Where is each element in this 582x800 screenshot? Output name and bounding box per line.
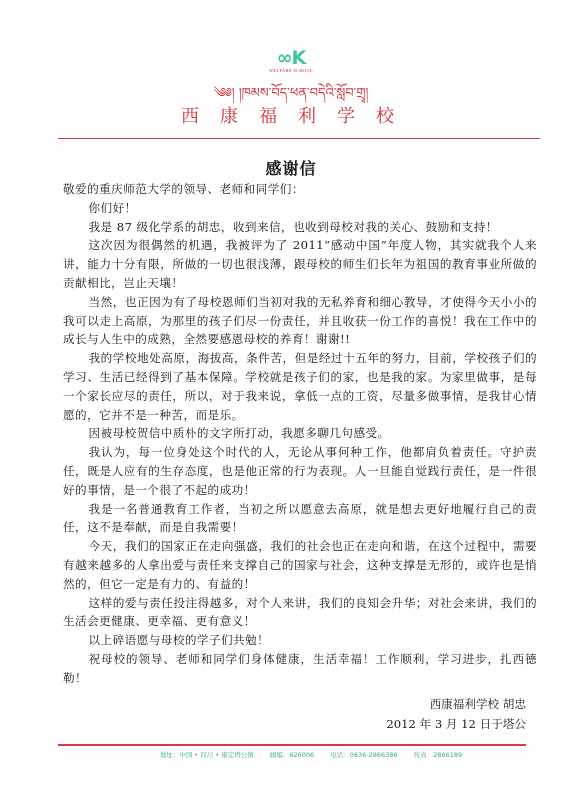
footer-postcode: 邮编：626006 bbox=[270, 751, 314, 759]
school-name-chinese: 西康福利学校 bbox=[0, 106, 582, 128]
paragraph: 我是一名普通教育工作者，当初之所以愿意去高原，就是想去更好地履行自己的责任，这不… bbox=[63, 500, 537, 538]
logo-mark-icon: ∞K bbox=[0, 49, 582, 67]
letter-body: 敬爱的重庆师范大学的领导、老师和同学们： 你们好！ 我是 87 级化学系的胡忠，… bbox=[63, 180, 537, 688]
footer-address: 地址：中国 • 四川 • 康定塔公镇 bbox=[160, 751, 254, 759]
date-place: 2012 年 3 月 12 日于塔公 bbox=[386, 714, 526, 734]
letter-page: ∞K WELFARE SCHOOL ༄༅། །ཁམས་བོད་ཕན་བདེའི་… bbox=[0, 0, 582, 800]
logo-subtitle: WELFARE SCHOOL bbox=[0, 68, 582, 73]
footer-phone: 电话：0836-2866386 bbox=[330, 751, 397, 759]
paragraph: 我的学校地处高原，海拔高，条件苦，但是经过十五年的努力，目前，学校孩子们的学习、… bbox=[63, 349, 537, 424]
letter-title: 感谢信 bbox=[0, 156, 582, 179]
paragraph: 你们好！ bbox=[63, 199, 537, 218]
paragraph: 以上碎语愿与母校的学子们共勉！ bbox=[63, 631, 537, 650]
paragraph: 因被母校贺信中质朴的文字所打动，我愿多聊几句感受。 bbox=[63, 424, 537, 443]
signature-block: 西康福利学校 胡忠 2012 年 3 月 12 日于塔公 bbox=[386, 694, 526, 734]
footer-divider bbox=[58, 744, 526, 746]
paragraph: 这次因为很偶然的机遇，我被评为了 2011“感动中国”年度人物，其实就我个人来讲… bbox=[63, 236, 537, 292]
paragraph: 当然，也正因为有了母校恩师们当初对我的无私养育和细心教导，才使得今天小小的我可以… bbox=[63, 293, 537, 349]
footer-fax: 传真：2866189 bbox=[414, 751, 462, 759]
signer: 西康福利学校 胡忠 bbox=[386, 694, 526, 714]
paragraph: 今天，我们的国家正在走向强盛，我们的社会也正在走向和谐，在这个过程中，需要有越来… bbox=[63, 537, 537, 593]
paragraph: 祝母校的领导、老师和同学们身体健康，生活幸福！工作顺利，学习进步，扎西德勒！ bbox=[63, 650, 537, 688]
paragraph: 这样的爱与责任投注得越多，对个人来讲，我们的良知会升华；对社会来讲，我们的生活会… bbox=[63, 594, 537, 632]
paragraph: 我是 87 级化学系的胡忠，收到来信，也收到母校对我的关心、鼓励和支持！ bbox=[63, 218, 537, 237]
school-logo: ∞K WELFARE SCHOOL bbox=[0, 49, 582, 73]
paragraph: 我认为，每一位身处这个时代的人，无论从事何种工作，他都肩负着责任。守护责任，既是… bbox=[63, 443, 537, 499]
school-name-tibetan: ༄༅། །ཁམས་བོད་ཕན་བདེའི་སློབ་གྲྭ། bbox=[0, 86, 582, 102]
footer-contact: 地址：中国 • 四川 • 康定塔公镇 邮编：626006 电话：0836-286… bbox=[0, 750, 582, 759]
salutation: 敬爱的重庆师范大学的领导、老师和同学们： bbox=[63, 180, 537, 199]
header-divider bbox=[58, 138, 540, 139]
